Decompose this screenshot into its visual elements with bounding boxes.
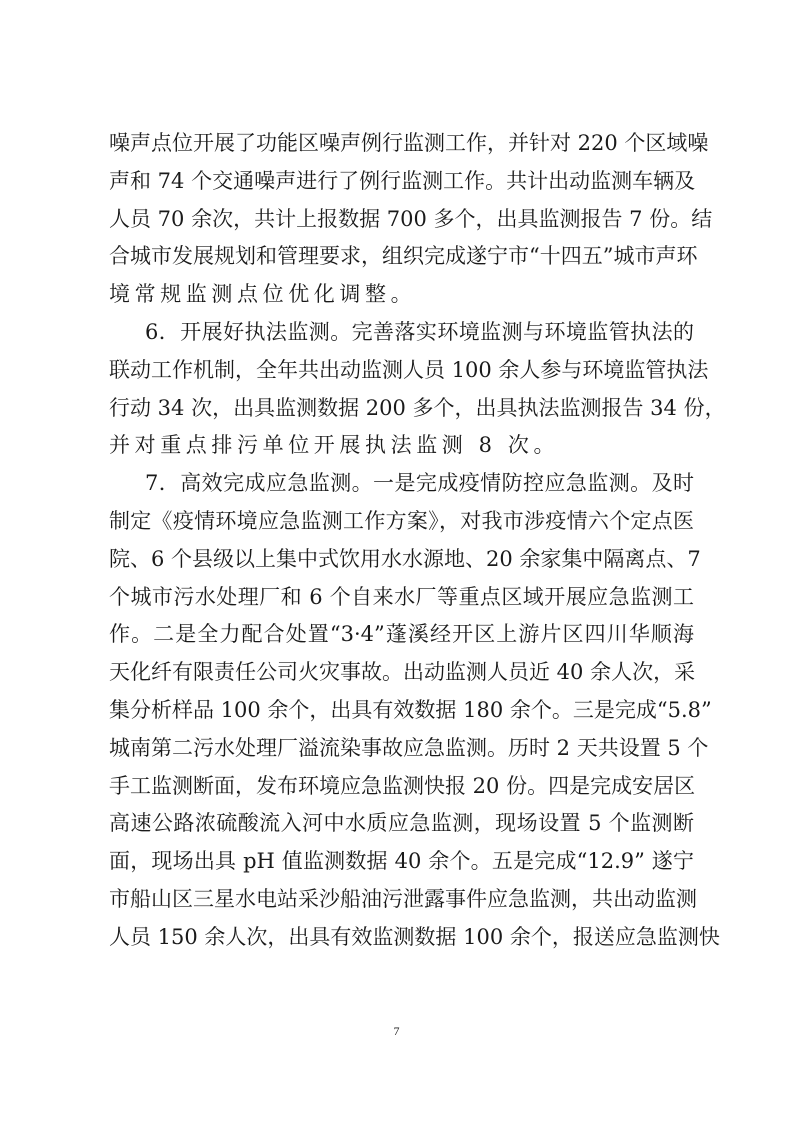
text-line: 面，现场出具 pH 值监测数据 40 余个。五是完成“12.9” 遂宁 [109, 846, 694, 884]
text-line: 境常规监测点位优化调整。 [109, 279, 694, 317]
text-line: 行动 34 次，出具监测数据 200 多个，出具执法监测报告 34 份， [109, 393, 694, 431]
text-line: 高速公路浓硫酸流入河中水质应急监测，现场设置 5 个监测断 [109, 808, 694, 846]
paragraph-heading-line: 7．高效完成应急监测。一是完成疫情防控应急监测。及时 [109, 468, 694, 506]
text-line: 制定《疫情环境应急监测工作方案》，对我市涉疫情六个定点医 [109, 506, 694, 544]
text-line: 集分析样品 100 余个，出具有效数据 180 余个。三是完成“5.8” [109, 695, 694, 733]
text-line: 手工监测断面，发布环境应急监测快报 20 份。四是完成安居区 [109, 771, 694, 809]
text-line: 人员 70 余次，共计上报数据 700 多个，出具监测报告 7 份。结 [109, 204, 694, 242]
paragraph-enforcement-monitoring: 6．开展好执法监测。完善落实环境监测与环境监管执法的 联动工作机制，全年共出动监… [109, 317, 694, 468]
document-page: 噪声点位开展了功能区噪声例行监测工作，并针对 220 个区域噪 声和 74 个交… [0, 0, 793, 1122]
paragraph-emergency-monitoring: 7．高效完成应急监测。一是完成疫情防控应急监测。及时 制定《疫情环境应急监测工作… [109, 468, 694, 959]
body-text: 噪声点位开展了功能区噪声例行监测工作，并针对 220 个区域噪 声和 74 个交… [109, 128, 694, 960]
text-line: 并对重点排污单位开展执法监测 8 次。 [109, 430, 694, 468]
text-line: 声和 74 个交通噪声进行了例行监测工作。共计出动监测车辆及 [109, 166, 694, 204]
text-line: 城南第二污水处理厂溢流染事故应急监测。历时 2 天共设置 5 个 [109, 733, 694, 771]
paragraph-heading-line: 6．开展好执法监测。完善落实环境监测与环境监管执法的 [109, 317, 694, 355]
text-line: 联动工作机制，全年共出动监测人员 100 余人参与环境监管执法 [109, 355, 694, 393]
text-line: 作。二是全力配合处置“3·4”蓬溪经开区上游片区四川华顺海 [109, 619, 694, 657]
text-line: 个城市污水处理厂和 6 个自来水厂等重点区域开展应急监测工 [109, 582, 694, 620]
text-line: 合城市发展规划和管理要求，组织完成遂宁市“十四五”城市声环 [109, 241, 694, 279]
text-line: 市船山区三星水电站采沙船油污泄露事件应急监测，共出动监测 [109, 884, 694, 922]
text-line: 院、6 个县级以上集中式饮用水水源地、20 余家集中隔离点、7 [109, 544, 694, 582]
page-number: 7 [0, 1024, 793, 1039]
text-line: 人员 150 余人次，出具有效监测数据 100 余个，报送应急监测快 [109, 922, 694, 960]
paragraph-noise-monitoring: 噪声点位开展了功能区噪声例行监测工作，并针对 220 个区域噪 声和 74 个交… [109, 128, 694, 317]
text-line: 噪声点位开展了功能区噪声例行监测工作，并针对 220 个区域噪 [109, 128, 694, 166]
text-line: 天化纤有限责任公司火灾事故。出动监测人员近 40 余人次，采 [109, 657, 694, 695]
